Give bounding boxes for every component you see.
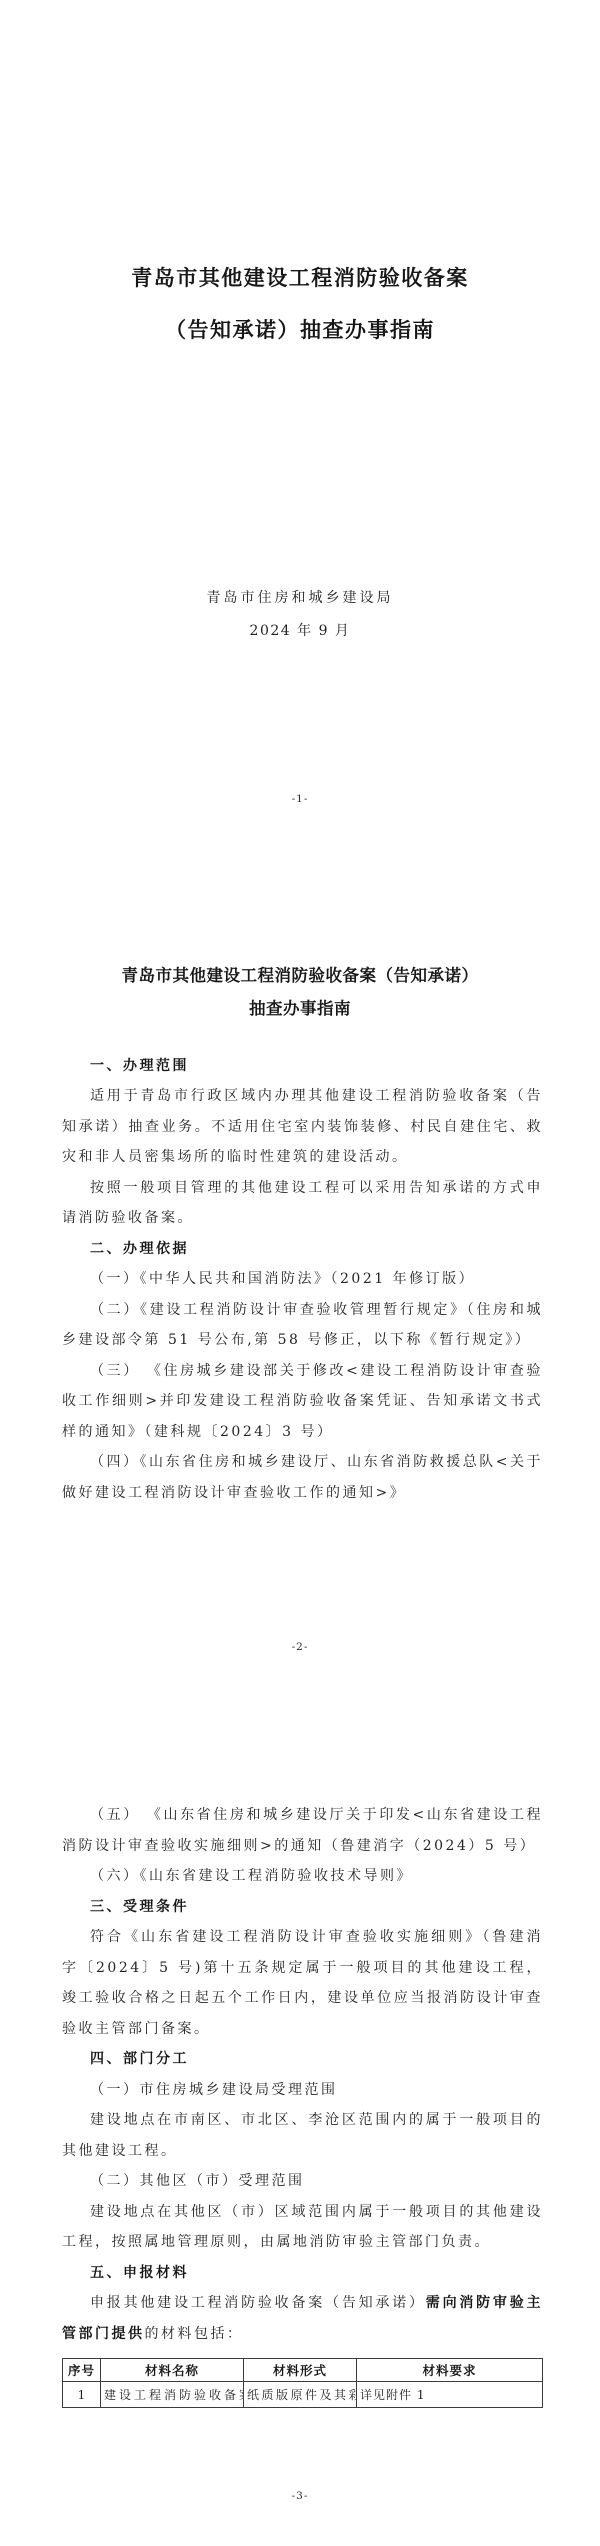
list-item: （二）《建设工程消防设计审查验收管理暂行规定》（住房和城乡建设部令第 51 号公… [62, 1295, 543, 1356]
issue-date: 2024 年 9 月 [0, 615, 600, 648]
paragraph-text: 申报其他建设工程消防验收备案（告知承诺） [90, 2295, 426, 2311]
list-item: （三） 《住房城乡建设部关于修改<建设工程消防设计审查验收工作细则>并印发建设工… [62, 1356, 543, 1448]
page-number-2: -2- [0, 1641, 600, 1653]
list-item: （五） 《山东省住房和城乡建设厅关于印发<山东省建设工程消防设计审查验收实施细则… [62, 1800, 543, 1861]
list-item: （六）《山东省建设工程消防验收技术导则》 [62, 1861, 543, 1892]
list-item: （二）其他区（市）受理范围 [62, 2166, 543, 2197]
paragraph: 符合《山东省建设工程消防设计审查验收实施细则》（鲁建消字〔2024〕5 号)第十… [62, 1922, 543, 2044]
paragraph: 建设地点在市南区、市北区、李沧区范围内的属于一般项目的其他建设工程。 [62, 2105, 543, 2166]
table-cell-index: 1 [63, 2382, 101, 2408]
materials-table: 序号 材料名称 材料形式 材料要求 1 建设工程消防验收备案 纸质版原件及其彩 … [62, 2358, 543, 2408]
cover-title: 青岛市其他建设工程消防验收备案 （告知承诺）抽查办事指南 [0, 252, 600, 356]
table-cell-material-requirement: 详见附件 1 [357, 2382, 543, 2408]
list-item: （一）市住房城乡建设局受理范围 [62, 2075, 543, 2106]
page-2-heading-line-2: 抽查办事指南 [0, 992, 600, 1025]
paragraph: 建设地点在其他区（市）区域范围内属于一般项目的其他建设工程，按照属地管理原则，由… [62, 2197, 543, 2258]
section-heading-basis: 二、办理依据 [62, 1234, 543, 1265]
issuing-organization: 青岛市住房和城乡建设局 [0, 582, 600, 615]
table-header-row: 序号 材料名称 材料形式 材料要求 [63, 2359, 543, 2382]
table-cell-material-form: 纸质版原件及其彩 [244, 2382, 357, 2408]
page-3: （五） 《山东省住房和城乡建设厅关于印发<山东省建设工程消防设计审查验收实施细则… [0, 1697, 600, 2546]
list-item: （一）《中华人民共和国消防法》（2021 年修订版） [62, 1264, 543, 1295]
page-2: 青岛市其他建设工程消防验收备案（告知承诺） 抽查办事指南 一、办理范围 适用于青… [0, 849, 600, 1698]
table-row: 1 建设工程消防验收备案 纸质版原件及其彩 详见附件 1 [63, 2382, 543, 2408]
section-heading-scope: 一、办理范围 [62, 1051, 543, 1082]
section-heading-acceptance: 三、受理条件 [62, 1892, 543, 1923]
section-heading-division: 四、部门分工 [62, 2044, 543, 2075]
section-heading-materials: 五、申报材料 [62, 2258, 543, 2289]
paragraph-text: 的材料包括： [145, 2326, 244, 2342]
paragraph: 按照一般项目管理的其他建设工程可以采用告知承诺的方式申请消防验收备案。 [62, 1173, 543, 1234]
table-header-material-form: 材料形式 [244, 2359, 357, 2382]
page-2-heading: 青岛市其他建设工程消防验收备案（告知承诺） 抽查办事指南 [0, 959, 600, 1025]
page-1: 青岛市其他建设工程消防验收备案 （告知承诺）抽查办事指南 青岛市住房和城乡建设局… [0, 0, 600, 849]
cover-footer-block: 青岛市住房和城乡建设局 2024 年 9 月 [0, 582, 600, 648]
table-header-material-requirement: 材料要求 [357, 2359, 543, 2382]
page-3-body: （五） 《山东省住房和城乡建设厅关于印发<山东省建设工程消防设计审查验收实施细则… [0, 1800, 600, 2349]
page-2-body: 一、办理范围 适用于青岛市行政区域内办理其他建设工程消防验收备案（告知承诺）抽查… [0, 1051, 600, 1509]
list-item: （四）《山东省住房和城乡建设厅、山东省消防救援总队<关于做好建设工程消防设计审查… [62, 1447, 543, 1508]
paragraph: 适用于青岛市行政区域内办理其他建设工程消防验收备案（告知承诺）抽查业务。不适用住… [62, 1081, 543, 1173]
paragraph-mixed: 申报其他建设工程消防验收备案（告知承诺）需向消防审验主管部门提供的材料包括： [62, 2288, 543, 2349]
cover-title-line-2: （告知承诺）抽查办事指南 [0, 304, 600, 356]
table-cell-material-name: 建设工程消防验收备案 [101, 2382, 244, 2408]
table-header-material-name: 材料名称 [101, 2359, 244, 2382]
cover-title-line-1: 青岛市其他建设工程消防验收备案 [0, 252, 600, 304]
document: 青岛市其他建设工程消防验收备案 （告知承诺）抽查办事指南 青岛市住房和城乡建设局… [0, 0, 600, 2546]
page-2-heading-line-1: 青岛市其他建设工程消防验收备案（告知承诺） [0, 959, 600, 992]
table-header-index: 序号 [63, 2359, 101, 2382]
page-number-1: -1- [0, 793, 600, 805]
page-number-3: -3- [0, 2490, 600, 2502]
